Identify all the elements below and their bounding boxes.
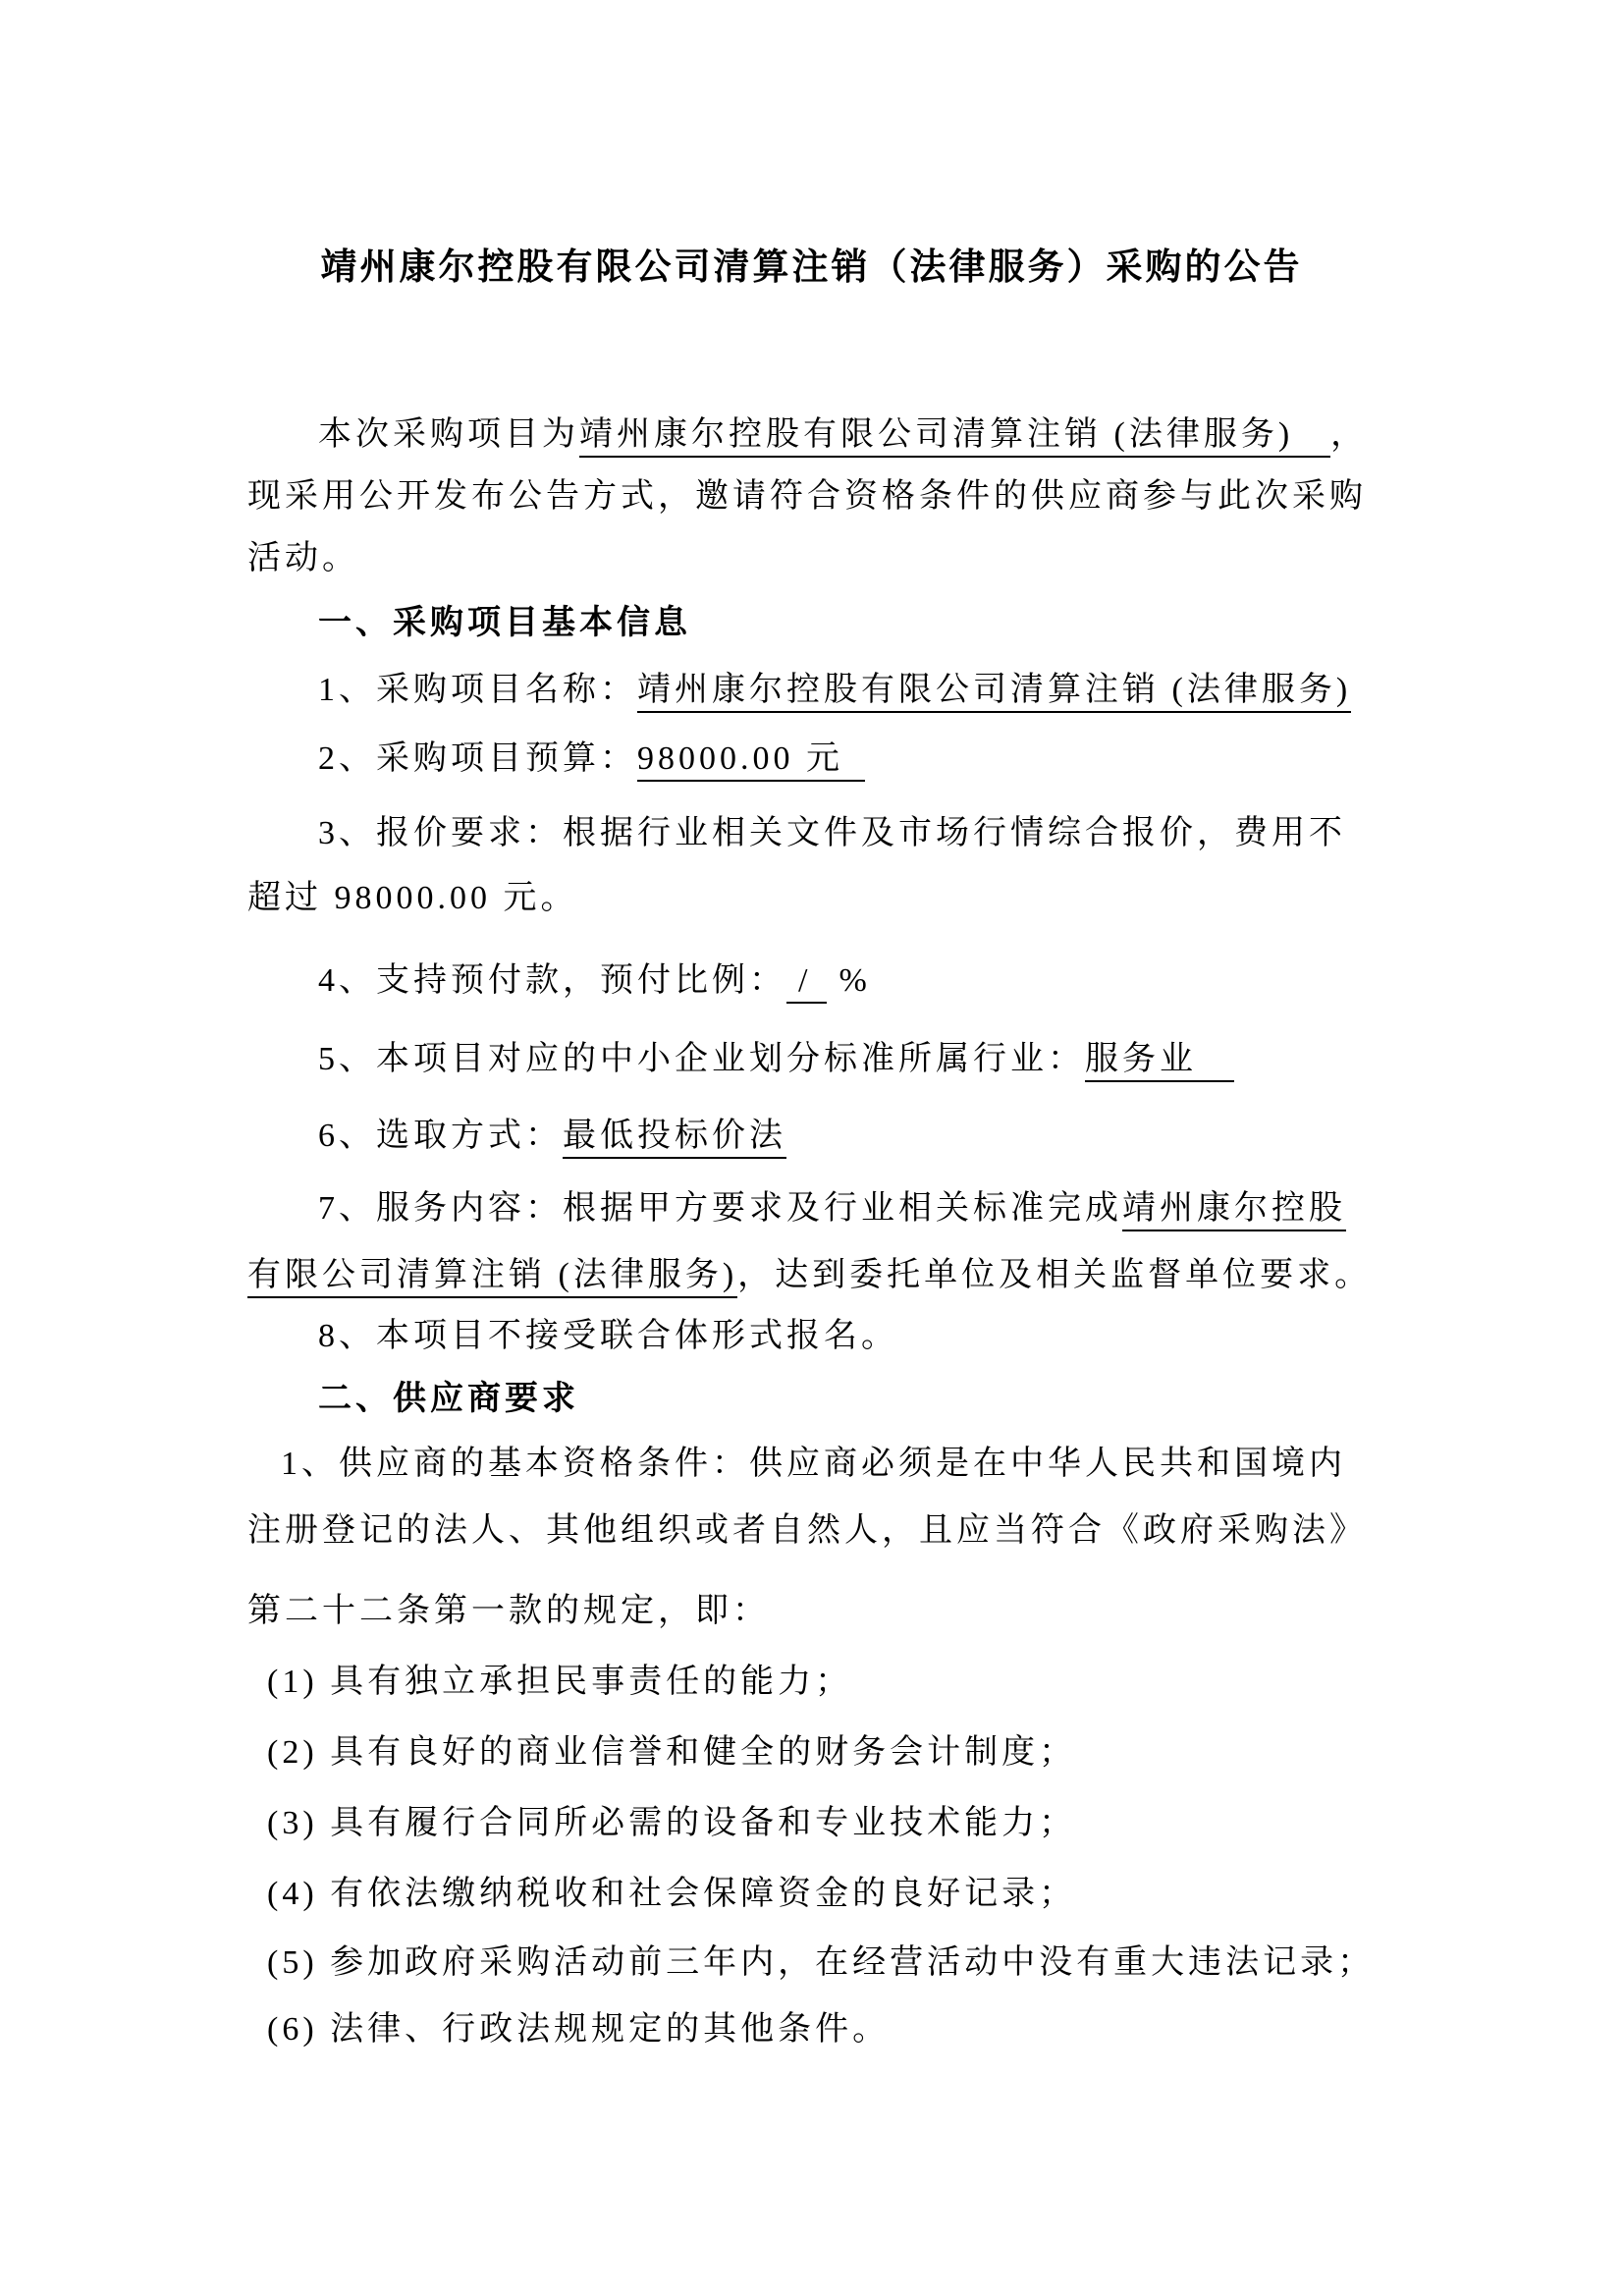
condition-item-5: (5) 参加政府采购活动前三年内，在经营活动中没有重大违法记录； — [267, 1941, 1375, 1986]
item4-percent-sign: % — [839, 962, 870, 999]
section1-item1: 1、采购项目名称：靖州康尔控股有限公司清算注销 (法律服务) — [318, 668, 1351, 713]
item4-prefix: 4、支持预付款，预付比例： — [318, 962, 786, 999]
intro-line-3: 活动。 — [247, 536, 359, 581]
item2-value-underlined: 98000.00 元 — [637, 740, 865, 782]
intro-line-1: 本次采购项目为靖州康尔控股有限公司清算注销 (法律服务)， — [318, 412, 1368, 458]
intro-line-1-prefix: 本次采购项目为 — [318, 416, 579, 453]
section2-heading: 二、供应商要求 — [318, 1377, 579, 1422]
item7-line1-underlined: 靖州康尔控股 — [1122, 1190, 1346, 1231]
page-title: 靖州康尔控股有限公司清算注销（法律服务）采购的公告 — [0, 246, 1623, 291]
section1-item7-line1: 7、服务内容：根据甲方要求及行业相关标准完成靖州康尔控股 — [318, 1186, 1346, 1231]
intro-line-1-comma: ， — [1330, 416, 1368, 453]
section1-item4: 4、支持预付款，预付比例：/% — [318, 958, 871, 1004]
document-page: 靖州康尔控股有限公司清算注销（法律服务）采购的公告 本次采购项目为靖州康尔控股有… — [0, 0, 1623, 2296]
item7-line2-suffix: ，达到委托单位及相关监督单位要求。 — [737, 1257, 1372, 1293]
section1-item5: 5、本项目对应的中小企业划分标准所属行业：服务业 — [318, 1037, 1234, 1082]
section1-heading: 一、采购项目基本信息 — [318, 601, 691, 646]
section1-item8: 8、本项目不接受联合体形式报名。 — [318, 1314, 898, 1359]
section2-intro-line3: 第二十二条第一款的规定，即： — [247, 1589, 770, 1634]
item7-prefix: 7、服务内容：根据甲方要求及行业相关标准完成 — [318, 1190, 1122, 1227]
condition-item-6: (6) 法律、行政法规规定的其他条件。 — [267, 2007, 890, 2052]
condition-item-2: (2) 具有良好的商业信誉和健全的财务会计制度； — [267, 1730, 1076, 1776]
condition-item-1: (1) 具有独立承担民事责任的能力； — [267, 1660, 852, 1705]
section1-item3-line1: 3、报价要求：根据行业相关文件及市场行情综合报价，费用不 — [318, 811, 1346, 856]
section1-item2: 2、采购项目预算：98000.00 元 — [318, 737, 865, 782]
section1-item6: 6、选取方式：最低投标价法 — [318, 1114, 786, 1159]
section2-intro-line1: 1、供应商的基本资格条件：供应商必须是在中华人民共和国境内 — [281, 1442, 1346, 1487]
item5-value-underlined: 服务业 — [1085, 1041, 1234, 1082]
item6-value-underlined: 最低投标价法 — [563, 1118, 786, 1159]
section1-item3-line2: 超过 98000.00 元。 — [247, 876, 578, 921]
item5-label: 5、本项目对应的中小企业划分标准所属行业： — [318, 1041, 1085, 1077]
condition-item-4: (4) 有依法缴纳税收和社会保障资金的良好记录； — [267, 1872, 1076, 1917]
condition-item-3: (3) 具有履行合同所必需的设备和专业技术能力； — [267, 1801, 1076, 1846]
item4-value-underlined: / — [786, 962, 827, 1004]
item6-label: 6、选取方式： — [318, 1118, 563, 1154]
item1-value-underlined: 靖州康尔控股有限公司清算注销 (法律服务) — [637, 672, 1351, 713]
section2-intro-line2: 注册登记的法人、其他组织或者自然人，且应当符合《政府采购法》 — [247, 1508, 1367, 1554]
item1-label: 1、采购项目名称： — [318, 672, 637, 708]
item7-line2-underlined: 有限公司清算注销 (法律服务) — [247, 1257, 737, 1298]
intro-line-2: 现采用公开发布公告方式，邀请符合资格条件的供应商参与此次采购 — [247, 474, 1367, 519]
item2-label: 2、采购项目预算： — [318, 740, 637, 777]
section1-item7-line2: 有限公司清算注销 (法律服务)，达到委托单位及相关监督单位要求。 — [247, 1253, 1372, 1298]
project-name-underlined: 靖州康尔控股有限公司清算注销 (法律服务) — [579, 416, 1330, 458]
